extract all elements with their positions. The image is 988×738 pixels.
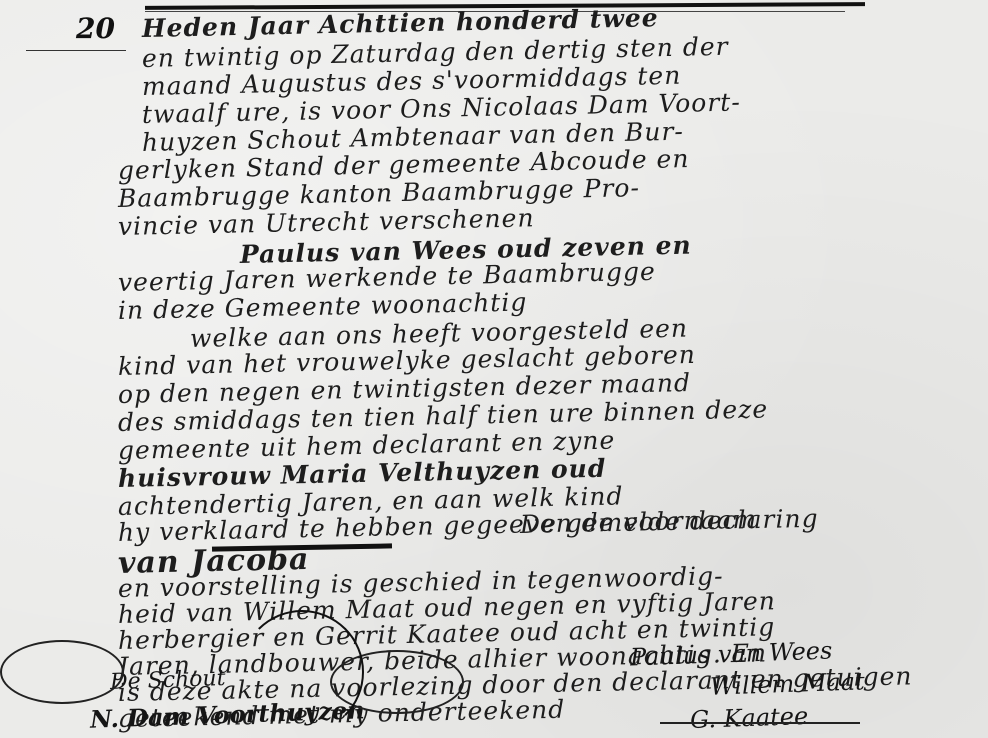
signature-witness-1: Willem Maat [710, 667, 866, 700]
margin-rule [26, 50, 126, 51]
document-page: 20 Heden Jaar Achttien honderd twee en t… [0, 0, 988, 738]
flourish-arc [240, 610, 364, 734]
text-line-21: De gemelde declaring [520, 504, 819, 539]
signature-underline [660, 722, 860, 724]
signature-witness-2: G. Kaatee [690, 702, 809, 734]
flourish-left [0, 640, 124, 704]
entry-number: 20 [76, 12, 115, 45]
signature-official-title: De Schout [110, 666, 226, 695]
